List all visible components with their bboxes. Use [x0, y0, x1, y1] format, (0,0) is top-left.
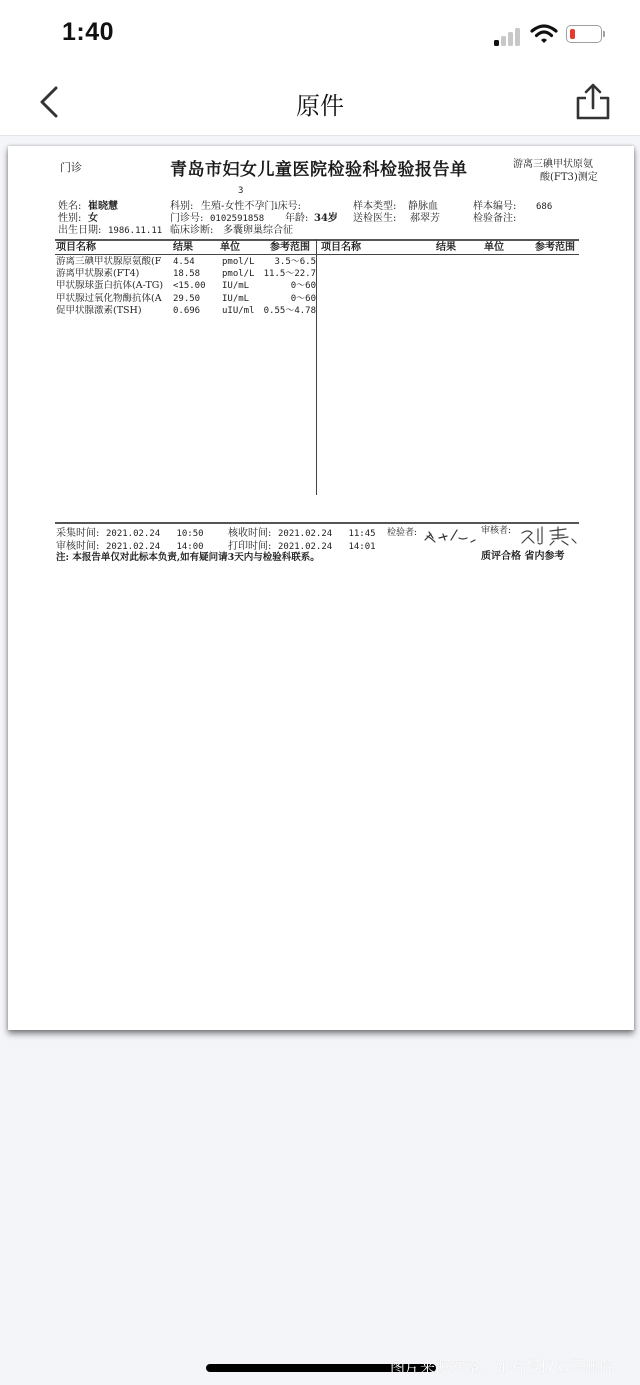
reviewer-signature [518, 523, 580, 547]
cell-item: 甲状腺球蛋白抗体(A-TG) [56, 280, 172, 291]
col-header-range-right: 参考范围 [535, 242, 575, 253]
battery-icon [566, 25, 602, 43]
dob-label: 出生日期: [58, 225, 101, 236]
patient-name: 崔晓慧 [88, 201, 118, 212]
status-bar: 1:40 [0, 0, 640, 68]
collect-label: 采集时间: [56, 528, 99, 539]
cell-item: 游离甲状腺素(FT4) [56, 268, 172, 279]
gender-label: 性别: [58, 213, 81, 224]
watermark: 图片来源网络，如有侵权立马删除 [390, 1356, 615, 1377]
cell-unit: uIU/ml [222, 306, 255, 317]
clinic-no: 0102591858 [210, 214, 264, 225]
cell-item: 促甲状腺激素(TSH) [56, 305, 172, 316]
tester-label: 检验者: [387, 528, 417, 539]
clinic-no-label: 门诊号: [170, 213, 203, 224]
col-header-result: 结果 [173, 242, 193, 253]
print-label: 打印时间: [228, 541, 271, 552]
cell-result: 4.54 [173, 257, 195, 268]
status-time: 1:40 [62, 18, 114, 47]
footer-rule [55, 522, 579, 524]
dept-type: 门诊 [60, 162, 82, 173]
col-header-range: 参考范围 [270, 242, 310, 253]
doctor-label: 送检医生: [353, 213, 396, 224]
col-header-unit: 单位 [220, 242, 240, 253]
cell-range: 11.5～22.7 [264, 269, 316, 280]
test-name-line1: 游离三碘甲状原氨 [513, 159, 593, 170]
col-header-result-right: 结果 [436, 242, 456, 253]
doctor: 郝翠芳 [410, 213, 440, 224]
col-header-item: 项目名称 [56, 242, 96, 253]
age-label: 年龄: [285, 213, 308, 224]
report-note: 注: 本报告单仅对此标本负责,如有疑问请3天内与检验科联系。 [56, 552, 320, 563]
cell-range: 0～60 [291, 294, 316, 305]
sample-type: 静脉血 [408, 201, 438, 212]
lab-report: 门诊 青岛市妇女儿童医院检验科检验报告单 游离三碘甲状原氨 酸(FT3)测定 3… [8, 146, 634, 1030]
diagnosis: 多囊卵巢综合征 [223, 225, 293, 236]
table-column-divider [316, 239, 317, 495]
cell-result: 18.58 [173, 269, 200, 280]
cell-item: 甲状腺过氧化物酶抗体(A [56, 293, 172, 304]
page-number: 3 [238, 186, 243, 197]
patient-gender: 女 [88, 213, 98, 224]
cell-range: 0～60 [291, 281, 316, 292]
reviewer-label: 审核者: [481, 526, 511, 537]
report-image[interactable]: 门诊 青岛市妇女儿童医院检验科检验报告单 游离三碘甲状原氨 酸(FT3)测定 3… [8, 146, 634, 1030]
sample-no: 686 [536, 202, 552, 213]
receive-time: 2021.02.24 11:45 [278, 529, 376, 540]
tester-signature [421, 526, 481, 546]
battery-cap [603, 31, 605, 37]
dept-label: 科别: [170, 201, 193, 212]
cell-item: 游离三碘甲状腺原氨酸(F [56, 256, 172, 267]
test-name-line2: 酸(FT3)测定 [540, 172, 598, 183]
receive-label: 核收时间: [228, 528, 271, 539]
patient-age: 34岁 [314, 213, 338, 224]
cell-range: 0.55～4.78 [264, 306, 316, 317]
collect-time: 2021.02.24 10:50 [106, 529, 204, 540]
quality-badge: 质评合格 省内参考 [481, 551, 564, 562]
col-header-item-right: 项目名称 [321, 242, 361, 253]
table-top-rule [55, 239, 579, 241]
review-label: 审核时间: [56, 541, 99, 552]
cell-result: 0.696 [173, 306, 200, 317]
sample-type-label: 样本类型: [353, 201, 396, 212]
cell-unit: IU/mL [222, 281, 249, 292]
report-title: 青岛市妇女儿童医院检验科检验报告单 [170, 160, 468, 180]
cell-result: <15.00 [173, 281, 206, 292]
dept-value: 生殖-女性不孕门i床号: [201, 201, 301, 212]
name-label: 姓名: [58, 201, 81, 212]
cell-result: 29.50 [173, 294, 200, 305]
nav-bar: 原件 [0, 68, 640, 136]
diagnosis-label: 临床诊断: [170, 225, 213, 236]
signal-icon [494, 28, 522, 46]
table-header-rule [55, 254, 579, 255]
cell-unit: pmol/L [222, 257, 255, 268]
patient-dob: 1986.11.11 [108, 226, 162, 237]
cell-unit: pmol/L [222, 269, 255, 280]
cell-unit: IU/mL [222, 294, 249, 305]
share-icon[interactable] [574, 82, 612, 122]
page-title: 原件 [0, 86, 640, 121]
remarks-label: 检验备注: [473, 213, 516, 224]
cell-range: 3.5～6.5 [274, 257, 316, 268]
sample-no-label: 样本编号: [473, 201, 516, 212]
col-header-unit-right: 单位 [484, 242, 504, 253]
wifi-icon [530, 23, 558, 45]
